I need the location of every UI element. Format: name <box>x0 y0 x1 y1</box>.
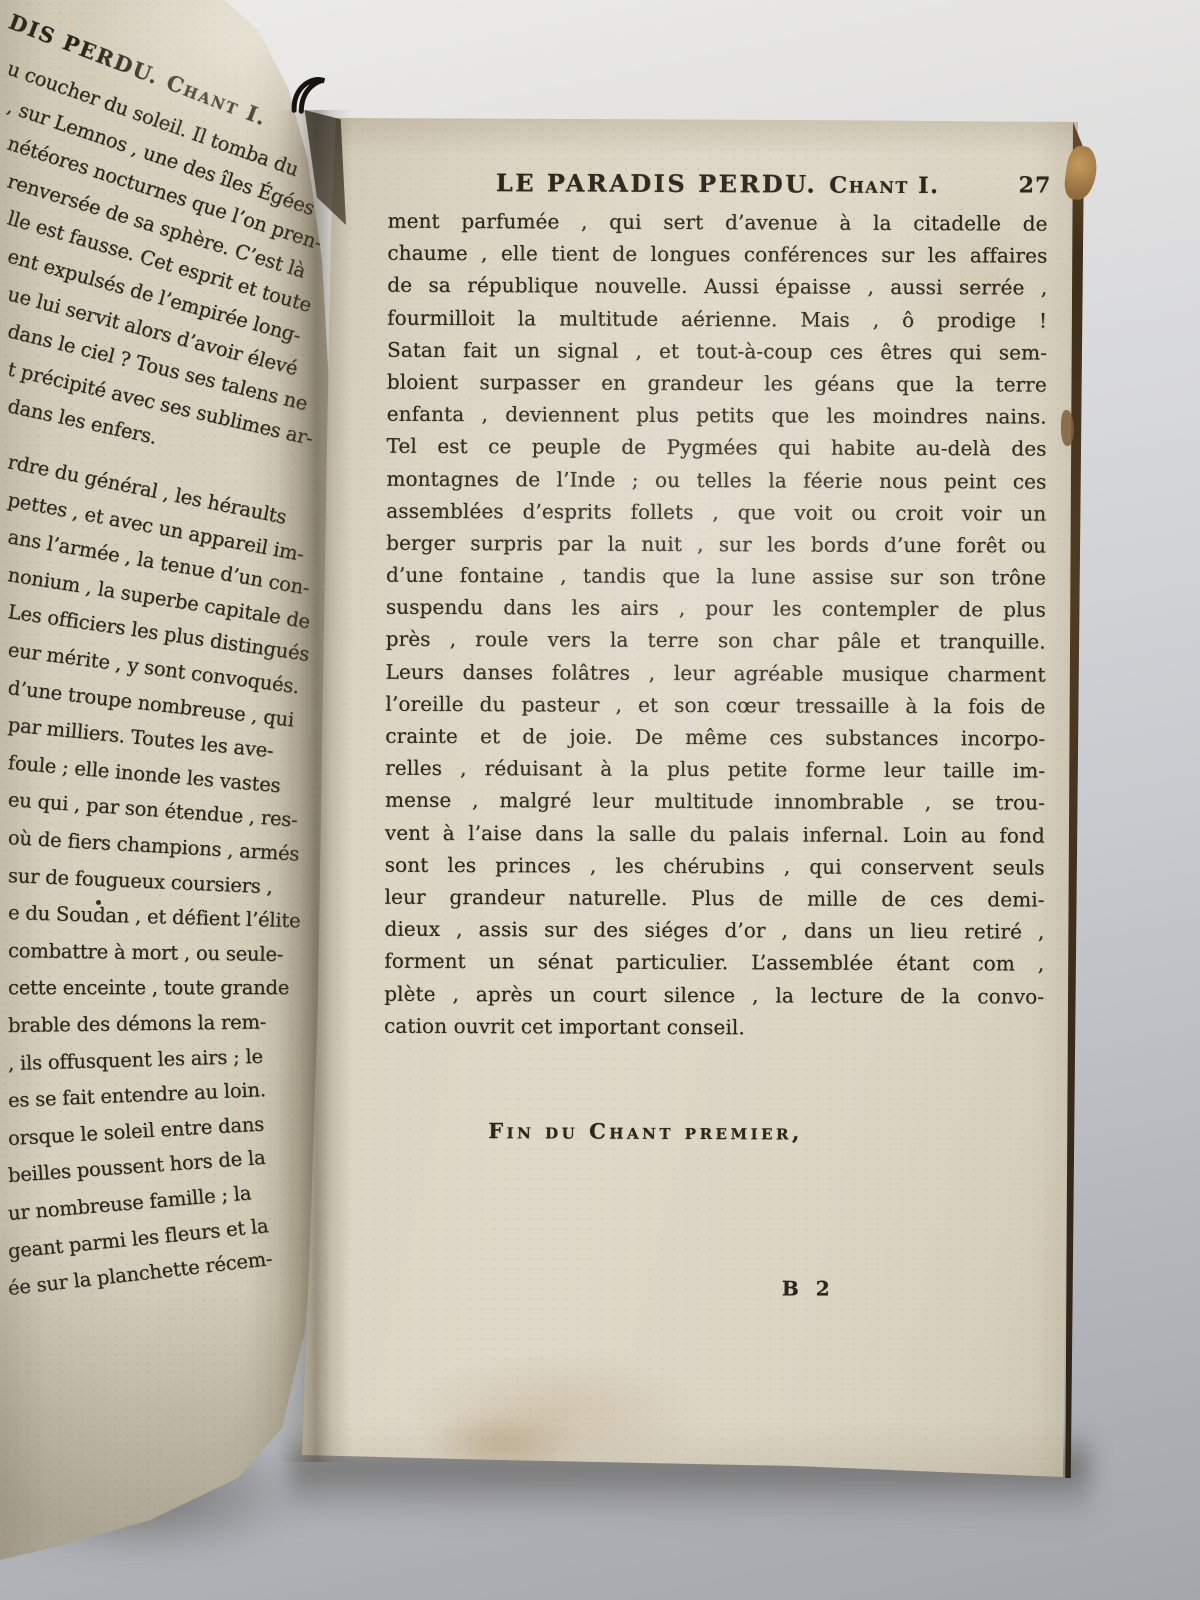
book-photo: DIS PERDU. Chant I. u coucher du soleil.… <box>0 0 1200 1600</box>
gutter-shadow <box>278 110 352 1462</box>
right-page: LE PARADIS PERDU.Chant I. 27 ment parfum… <box>296 114 1086 1489</box>
right-page-shading <box>296 114 1086 1489</box>
spine-tear-mark <box>283 65 336 123</box>
edge-nick <box>1061 410 1074 446</box>
